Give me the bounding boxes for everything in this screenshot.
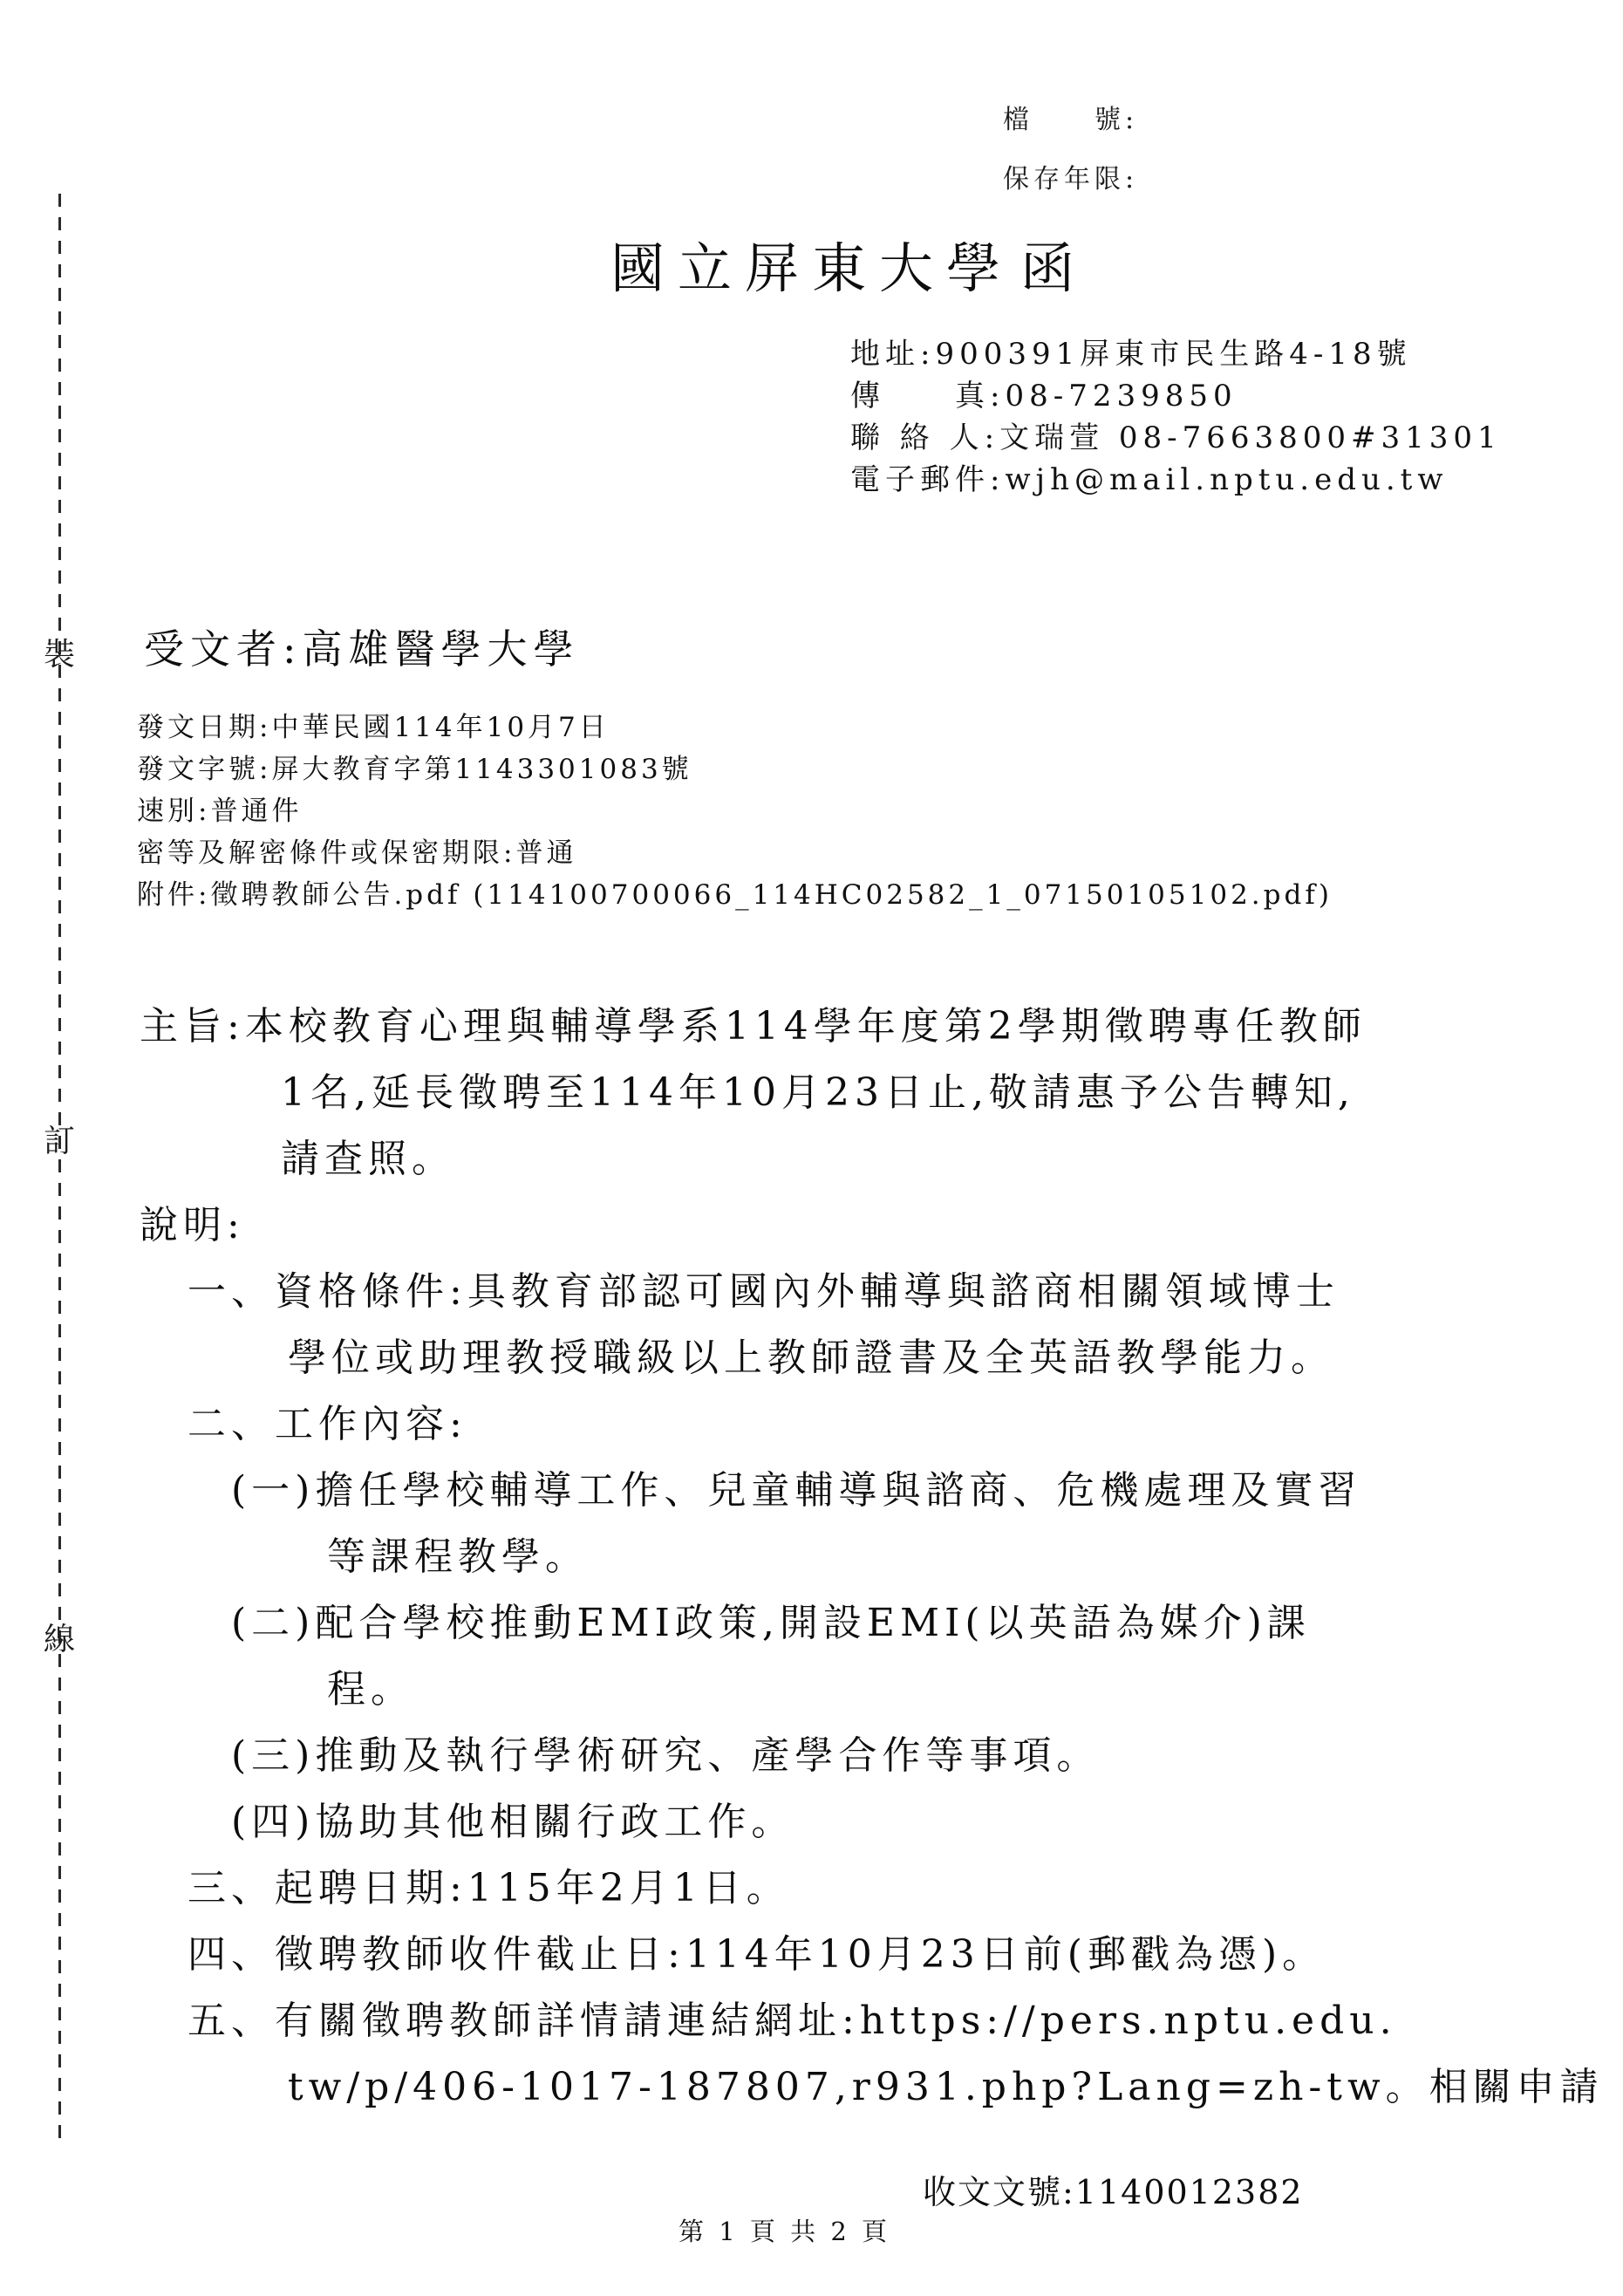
body-line-item-5: 五、有關徵聘教師詳情請連結網址:https://pers.nptu.edu.: [188, 1989, 1397, 2045]
binding-margin-line: [58, 194, 61, 2142]
body-line-explanation-header: 說明:: [140, 1193, 245, 1249]
sender-fax: 傳 真:08-7239850: [850, 372, 1238, 414]
body-line-subitem-2: (二)配合學校推動EMI政策,開設EMI(以英語為媒介)課: [231, 1591, 1311, 1647]
sender-address: 地址:900391屏東市民生路4-18號: [850, 330, 1412, 372]
document-title: 國立屏東大學函: [610, 225, 1088, 303]
document-type: 函: [1020, 236, 1088, 300]
binding-mark-zhuang: 裝: [44, 630, 75, 674]
body-line-subitem-3: (三)推動及執行學術研究、產學合作等事項。: [231, 1724, 1100, 1780]
body-line-url-continuation: tw/p/406-1017-187807,r931.php?Lang=zh-tw…: [288, 2055, 1604, 2111]
body-line-item-1: 一、資格條件:具教育部認可國內外輔導與諮商相關領域博士: [188, 1260, 1340, 1315]
binding-mark-ding: 訂: [44, 1117, 75, 1161]
recipient-line: 受文者:高雄醫學大學: [144, 618, 580, 675]
retention-period-label: 保存年限:: [1003, 157, 1138, 195]
body-line-subject: 主旨:本校教育心理與輔導學系114學年度第2學期徵聘專任教師: [140, 994, 1367, 1050]
body-line-item-3: 三、起聘日期:115年2月1日。: [188, 1856, 790, 1912]
doc-number-line: 發文字號:屏大教育字第1143301083號: [137, 747, 692, 786]
body-line: 程。: [327, 1657, 414, 1713]
body-line-subitem-4: (四)協助其他相關行政工作。: [231, 1790, 794, 1846]
binding-mark-xian: 線: [44, 1615, 75, 1659]
official-letter-page: 裝 訂 線 檔 號: 保存年限: 國立屏東大學函 地址:900391屏東市民生路…: [0, 0, 1623, 2296]
priority-line: 速別:普通件: [137, 789, 302, 828]
body-line-item-4: 四、徵聘教師收件截止日:114年10月23日前(郵戳為憑)。: [188, 1923, 1326, 1978]
attachment-line: 附件:徵聘教師公告.pdf (114100700066_114HC02582_1…: [137, 872, 1333, 912]
body-line: 等課程教學。: [327, 1525, 589, 1581]
receipt-number: 收文文號:1140012382: [923, 2165, 1304, 2213]
issue-date-line: 發文日期:中華民國114年10月7日: [137, 705, 610, 744]
body-line: 1名,延長徵聘至114年10月23日止,敬請惠予公告轉知,: [281, 1061, 1355, 1117]
sender-contact-person: 聯 絡 人:文瑞萱 08-7663800#31301: [850, 413, 1502, 456]
body-line: 學位或助理教授職級以上教師證書及全英語教學能力。: [288, 1326, 1334, 1382]
organization-name: 國立屏東大學: [610, 236, 1013, 300]
body-line-subitem-1: (一)擔任學校輔導工作、兒童輔導與諮商、危機處理及實習: [231, 1459, 1361, 1514]
sender-email: 電子郵件:wjh@mail.nptu.edu.tw: [850, 455, 1448, 498]
body-line: 請查照。: [281, 1127, 455, 1183]
file-number-label: 檔 號:: [1003, 98, 1138, 136]
body-line-item-2: 二、工作內容:: [188, 1392, 467, 1448]
page-indicator: 第 1 頁 共 2 頁: [679, 2212, 890, 2248]
security-line: 密等及解密條件或保密期限:普通: [137, 830, 576, 870]
